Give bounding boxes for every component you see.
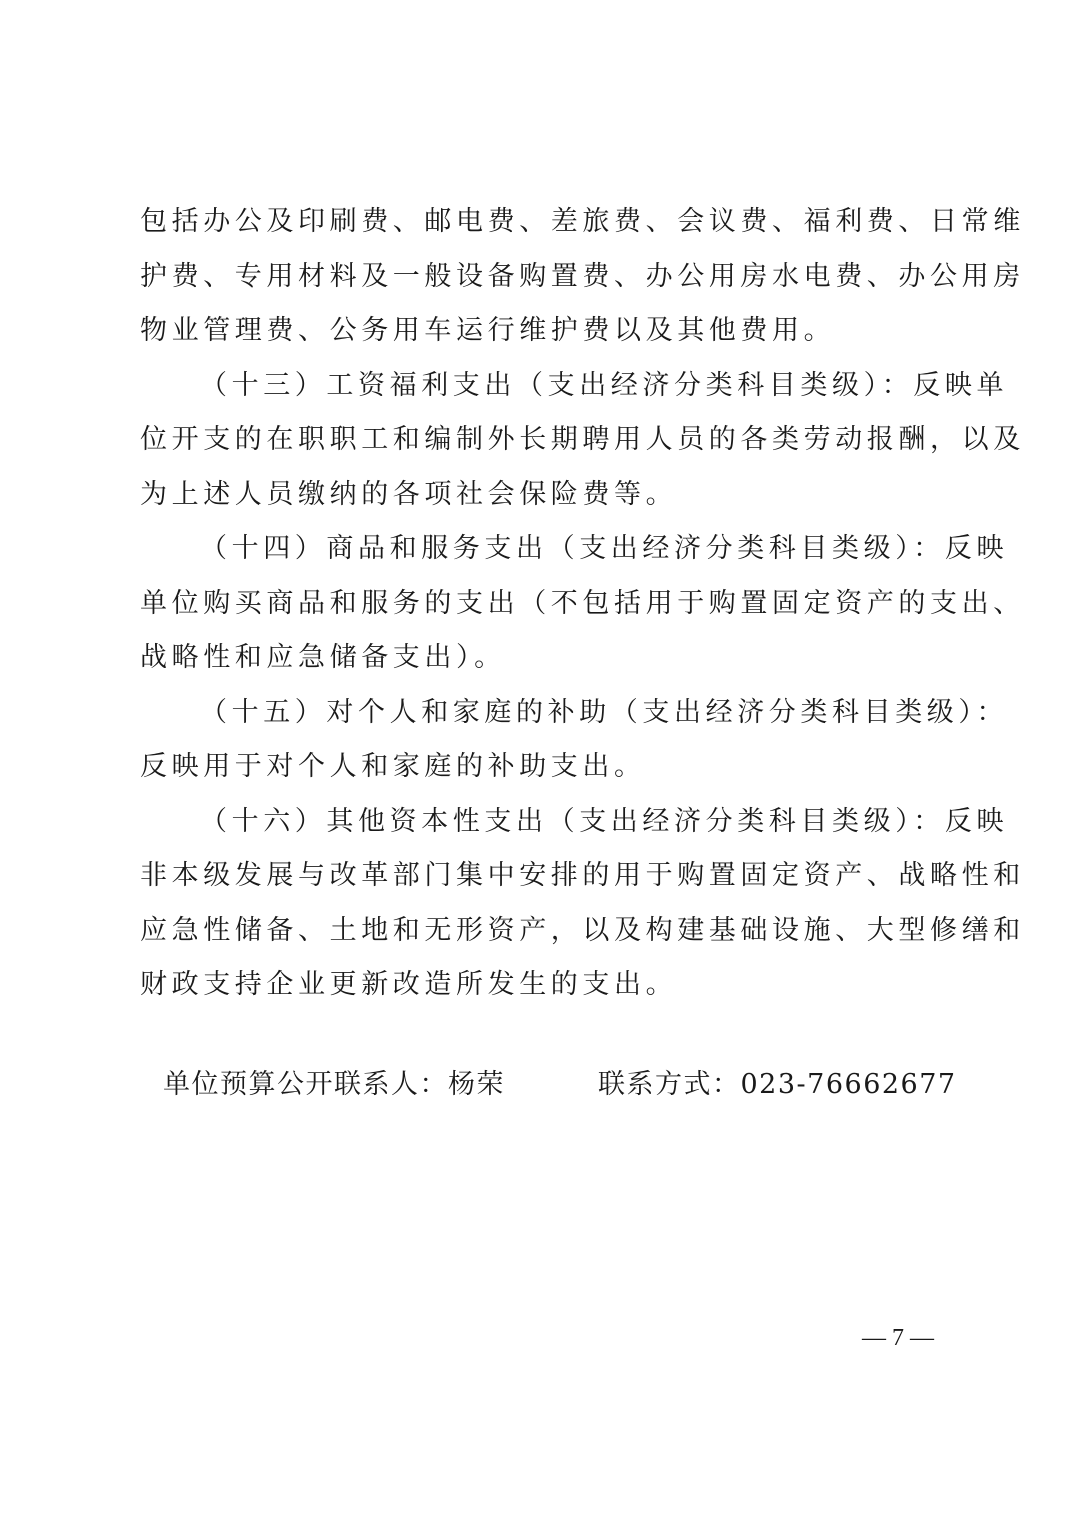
section-16-heading-line: （十六）其他资本性支出（支出经济分类科目类级）：反映	[200, 802, 1000, 842]
paragraph-line: 护费、专用材料及一般设备购置费、办公用房水电费、办公用房	[140, 257, 940, 297]
contact-person: 单位预算公开联系人：杨荣	[163, 1065, 505, 1105]
paragraph-line: 应急性储备、土地和无形资产，以及构建基础设施、大型修缮和	[140, 911, 940, 951]
paragraph-line: 单位购买商品和服务的支出（不包括用于购置固定资产的支出、	[140, 584, 940, 624]
section-15-heading-line: （十五）对个人和家庭的补助（支出经济分类科目类级）：	[200, 693, 1000, 733]
paragraph-line: 为上述人员缴纳的各项社会保险费等。	[140, 475, 940, 515]
contact-phone: 联系方式：023-76662677	[598, 1065, 957, 1105]
document-page: 包括办公及印刷费、邮电费、差旅费、会议费、福利费、日常维 护费、专用材料及一般设…	[0, 0, 1074, 1520]
paragraph-line: 反映用于对个人和家庭的补助支出。	[140, 747, 940, 787]
section-14-heading-line: （十四）商品和服务支出（支出经济分类科目类级）：反映	[200, 529, 1000, 569]
paragraph-line: 包括办公及印刷费、邮电费、差旅费、会议费、福利费、日常维	[140, 202, 940, 242]
paragraph-line: 非本级发展与改革部门集中安排的用于购置固定资产、战略性和	[140, 856, 940, 896]
page-number: — 7 —	[862, 1320, 934, 1356]
paragraph-line: 物业管理费、公务用车运行维护费以及其他费用。	[140, 311, 940, 351]
section-13-heading-line: （十三）工资福利支出（支出经济分类科目类级）：反映单	[200, 366, 1000, 406]
paragraph-line: 战略性和应急储备支出）。	[140, 638, 940, 678]
paragraph-line: 位开支的在职职工和编制外长期聘用人员的各类劳动报酬，以及	[140, 420, 940, 460]
paragraph-line: 财政支持企业更新改造所发生的支出。	[140, 965, 940, 1005]
